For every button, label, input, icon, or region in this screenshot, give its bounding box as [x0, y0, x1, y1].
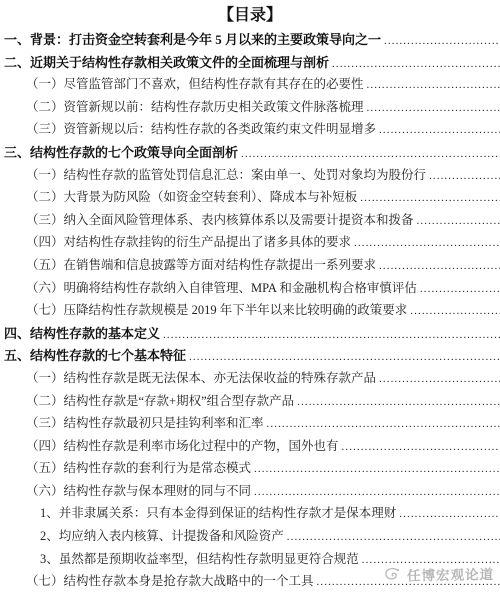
dot-leader: [163, 329, 500, 341]
dot-leader: [342, 441, 500, 453]
toc-item-text: 1、并非隶属关系：只有本金得到保证的结构性存款才是保本理财: [40, 503, 396, 521]
toc-item-text: （一）结构性存款是既无法保本、亦无法保收益的特殊存款产品: [26, 368, 376, 386]
toc-item: （五）在销售端和信息披露等方面对结构性存款提出一系列要求: [0, 255, 500, 278]
dot-leader: [354, 237, 500, 249]
toc-item-text: （三）资管新规以后：结构性存款的各类政策约束文件明显增多: [26, 119, 376, 137]
dot-leader: [379, 260, 500, 272]
toc-item: 四、结构性存款的基本定义: [0, 323, 500, 346]
toc-item: （二）大背景为防风险（如资金空转套利）、降成本与补短板: [0, 187, 500, 210]
toc-item: （五）结构性存款的套利行为是常态模式: [0, 458, 500, 481]
toc-item-text: （七）结构性存款本身是抢存款大战略中的一个工具: [26, 571, 314, 589]
toc-page: 【目录】 一、背景：打击资金空转套利是今年 5 月以来的主要政策导向之一 二、近…: [0, 0, 500, 594]
swirl-logo-icon: [383, 566, 403, 584]
dot-leader: [254, 486, 500, 498]
toc-item: （一）结构性存款的监管处罚信息汇总：案由单一、处罚对象均为股份行: [0, 165, 500, 188]
dot-leader: [189, 351, 500, 363]
toc-item-text: 五、结构性存款的七个基本特征: [4, 345, 186, 364]
toc-item: （四）结构性存款是利率市场化过程中的产物，国外也有: [0, 436, 500, 459]
toc-item-text: （三）结构性存款最初只是挂钩利率和汇率: [26, 413, 264, 431]
toc-item: （六）结构性存款与保本理财的同与不同: [0, 481, 500, 504]
toc-item-text: （六）结构性存款与保本理财的同与不同: [26, 481, 251, 499]
dot-leader: [384, 35, 500, 47]
dot-leader: [399, 508, 500, 520]
toc-item: （一）结构性存款是既无法保本、亦无法保收益的特殊存款产品: [0, 368, 500, 391]
dot-leader: [241, 148, 500, 160]
toc-list: 一、背景：打击资金空转套利是今年 5 月以来的主要政策导向之一 二、近期关于结构…: [0, 29, 500, 594]
dot-leader: [332, 58, 500, 70]
toc-item: （六）明确将结构性存款纳入自律管理、MPA 和金融机构合格审慎评估: [0, 278, 500, 301]
watermark: 任博宏观论道: [383, 563, 494, 585]
toc-item-text: （二）结构性存款是“存款+期权”组合型存款产品: [26, 391, 294, 409]
toc-item: （三）纳入全面风险管理体系、表内核算体系以及需要计提资本和拨备: [0, 210, 500, 233]
dot-leader: [410, 305, 500, 317]
toc-item: （三）结构性存款最初只是挂钩利率和汇率: [0, 413, 500, 436]
toc-item-text: （五）结构性存款的套利行为是常态模式: [26, 458, 251, 476]
toc-item: 三、结构性存款的七个政策导向全面剖析: [0, 142, 500, 165]
toc-item-text: （四）结构性存款是利率市场化过程中的产物，国外也有: [26, 436, 339, 454]
toc-item: 二、近期关于结构性存款相关政策文件的全面梳理与剖析: [0, 52, 500, 75]
toc-item: （四）对结构性存款挂钩的衍生产品提出了诸多具体的要求: [0, 232, 500, 255]
toc-item: （二）资管新规以前：结构性存款历史相关政策文件脉落梳理: [0, 97, 500, 120]
toc-item-text: （四）对结构性存款挂钩的衍生产品提出了诸多具体的要求: [26, 232, 351, 250]
dot-leader: [379, 124, 500, 136]
dot-leader: [360, 192, 500, 204]
dot-leader: [429, 170, 500, 182]
dot-leader: [254, 463, 500, 475]
dot-leader: [287, 531, 500, 543]
toc-item-text: （二）大背景为防风险（如资金空转套利）、降成本与补短板: [26, 187, 357, 205]
toc-item-text: （一）结构性存款的监管处罚信息汇总：案由单一、处罚对象均为股份行: [26, 165, 426, 183]
dot-leader: [417, 215, 500, 227]
toc-item-text: （三）纳入全面风险管理体系、表内核算体系以及需要计提资本和拨备: [26, 210, 414, 228]
toc-item-text: （五）在销售端和信息披露等方面对结构性存款提出一系列要求: [26, 255, 376, 273]
toc-item: 2、均应纳入表内核算、计提拨备和风险资产: [0, 526, 500, 549]
toc-item-text: （七）压降结构性存款规模是 2019 年下半年以来比较明确的政策要求: [26, 300, 407, 318]
dot-leader: [267, 418, 500, 430]
toc-item-text: （二）资管新规以前：结构性存款历史相关政策文件脉落梳理: [26, 97, 364, 115]
toc-item-text: 四、结构性存款的基本定义: [4, 323, 160, 342]
toc-item: （七）压降结构性存款规模是 2019 年下半年以来比较明确的政策要求: [0, 300, 500, 323]
toc-item: 五、结构性存款的七个基本特征: [0, 345, 500, 368]
toc-item-text: （一）尽管监管部门不喜欢，但结构性存款有其存在的必要性: [26, 74, 364, 92]
toc-item-text: （六）明确将结构性存款纳入自律管理、MPA 和金融机构合格审慎评估: [26, 278, 417, 296]
toc-item-text: 二、近期关于结构性存款相关政策文件的全面梳理与剖析: [4, 52, 329, 71]
toc-item: （二）结构性存款是“存款+期权”组合型存款产品: [0, 391, 500, 414]
toc-item: （三）资管新规以后：结构性存款的各类政策约束文件明显增多: [0, 119, 500, 142]
toc-item-text: 三、结构性存款的七个政策导向全面剖析: [4, 142, 238, 161]
dot-leader: [420, 283, 500, 295]
dot-leader: [367, 102, 500, 114]
dot-leader: [297, 396, 500, 408]
page-title: 【目录】: [0, 5, 500, 27]
dot-leader: [367, 79, 500, 91]
toc-item: 一、背景：打击资金空转套利是今年 5 月以来的主要政策导向之一: [0, 29, 500, 52]
toc-item: （一）尽管监管部门不喜欢，但结构性存款有其存在的必要性: [0, 74, 500, 97]
toc-item-text: 2、均应纳入表内核算、计提拨备和风险资产: [40, 526, 284, 544]
toc-item: 1、并非隶属关系：只有本金得到保证的结构性存款才是保本理财: [0, 503, 500, 526]
watermark-text: 任博宏观论道: [407, 563, 494, 585]
toc-item-text: 一、背景：打击资金空转套利是今年 5 月以来的主要政策导向之一: [4, 29, 381, 48]
toc-item-text: 3、虽然都是预期收益率型，但结构性存款明显更符合规范: [40, 549, 359, 567]
dot-leader: [379, 373, 500, 385]
